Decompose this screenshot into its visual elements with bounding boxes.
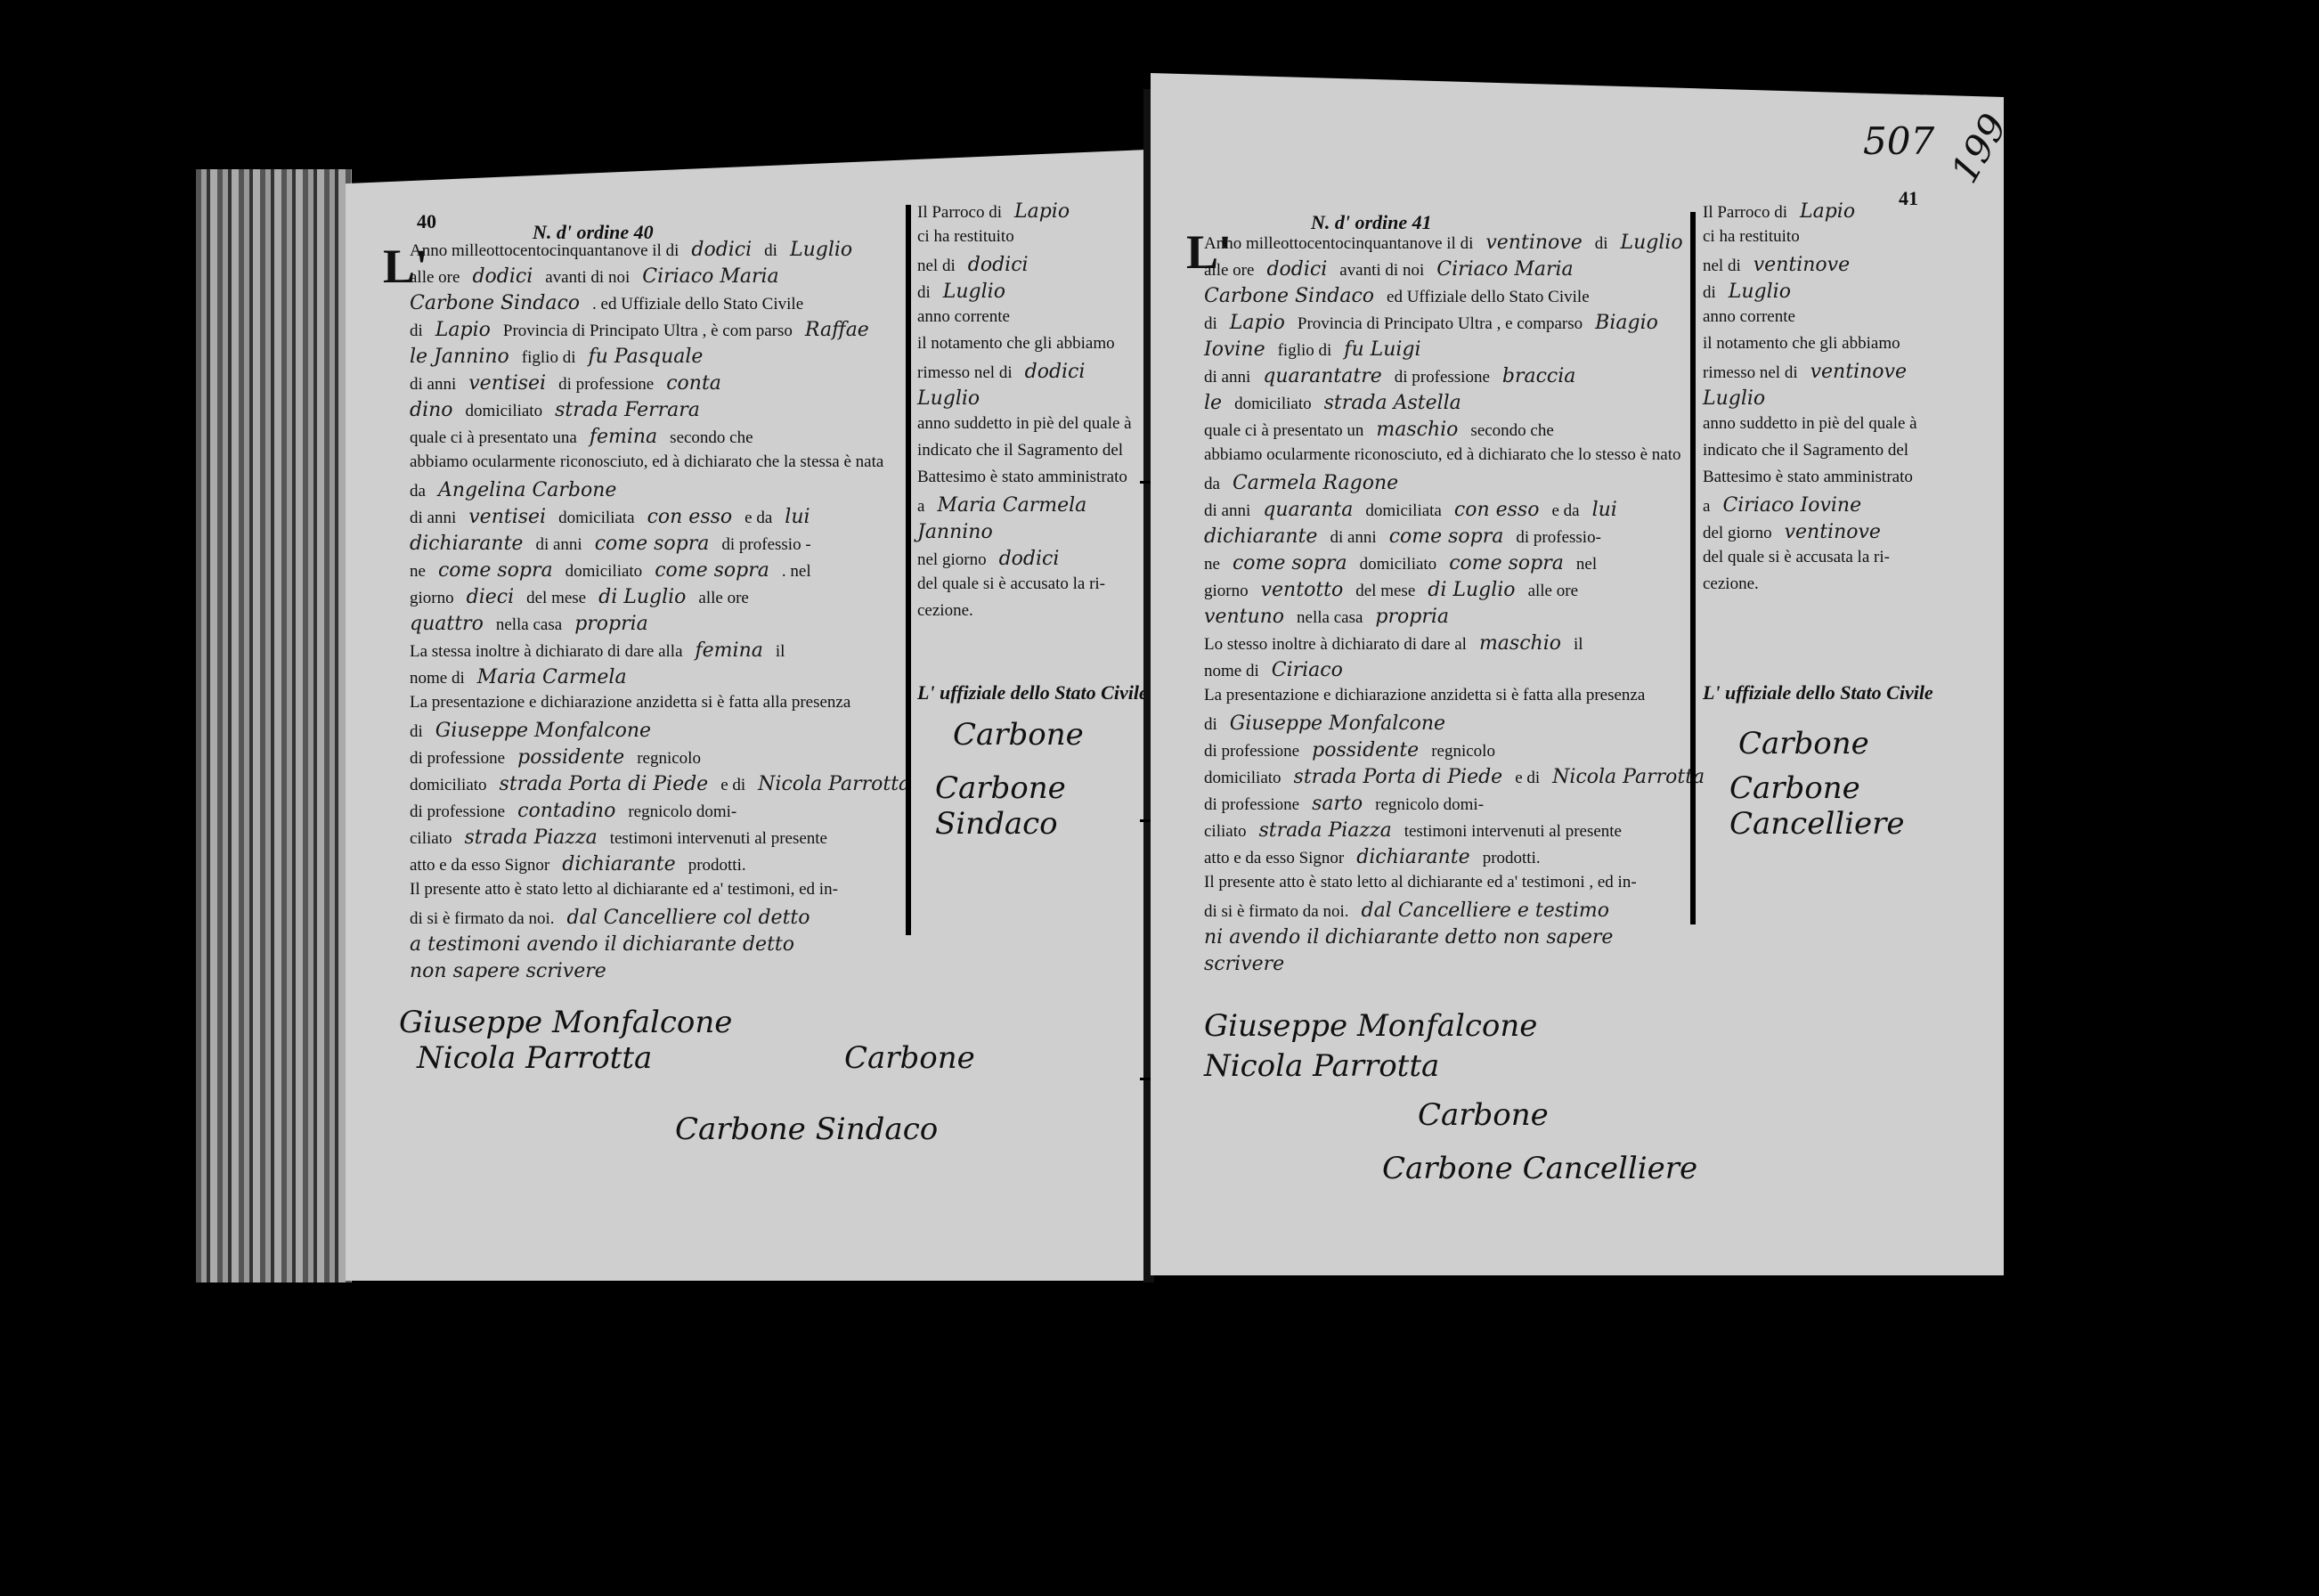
record-line: La stessa inoltre à dichiarato di dare a… xyxy=(410,639,797,662)
printed-text: indicato che il Sagramento del xyxy=(1703,441,1908,460)
printed-text: di xyxy=(1703,283,1716,302)
handwritten-entry: Angelina Carbone xyxy=(438,479,617,501)
signature: Giuseppe Monfalcone xyxy=(399,1005,732,1040)
handwritten-entry: lui xyxy=(1592,499,1617,521)
record-line: Battesimo è stato amministrato xyxy=(917,468,1140,487)
right-page: N. d' ordine 41 41 L' 507 199 Anno mille… xyxy=(1151,73,2004,1275)
printed-text: del mese xyxy=(526,589,586,607)
printed-text: abbiamo ocularmente riconosciuto, ed à d… xyxy=(1204,445,1681,464)
printed-text: giorno xyxy=(410,589,454,607)
handwritten-entry: lui xyxy=(785,506,810,528)
printed-text: domiciliata xyxy=(558,509,634,527)
printed-text: il notamento che gli abbiamo xyxy=(1703,334,1900,353)
handwritten-entry: Giuseppe Monfalcone xyxy=(1230,712,1445,735)
page-number: 41 xyxy=(1899,187,1918,210)
record-line: giornodiecidel mesedi Luglioalle ore xyxy=(410,586,761,608)
handwritten-entry: strada Astella xyxy=(1324,392,1461,414)
printed-text: figlio di xyxy=(1278,341,1332,360)
handwritten-entry: Carbone Sindaco xyxy=(410,292,580,314)
handwritten-entry: dodici xyxy=(691,239,752,261)
printed-text: figlio di xyxy=(522,348,576,367)
record-line: rimesso nel diventinove xyxy=(1703,361,1919,383)
handwritten-entry: Jannino xyxy=(917,521,993,543)
handwritten-entry: dodici xyxy=(1266,258,1327,281)
printed-text: di anni xyxy=(410,509,456,527)
handwritten-entry: braccia xyxy=(1502,365,1576,387)
book-page-edges xyxy=(196,169,352,1282)
printed-text: di professione xyxy=(410,802,505,821)
record-line: necome sopradomiciliatocome sopra. nel xyxy=(410,559,824,582)
printed-text: domiciliata xyxy=(1365,501,1441,520)
handwritten-entry: quarantatre xyxy=(1263,365,1382,387)
record-line: nome diMaria Carmela xyxy=(410,666,639,688)
printed-text: . ed Uffiziale dello Stato Civile xyxy=(592,295,803,313)
handwritten-entry: Maria Carmela xyxy=(477,666,627,688)
printed-text: nel xyxy=(1576,555,1597,574)
handwritten-entry: Maria Carmela xyxy=(937,494,1086,517)
handwritten-entry: Raffae xyxy=(805,319,869,341)
handwritten-entry: fu Luigi xyxy=(1344,338,1420,361)
record-line: il notamento che gli abbiamo xyxy=(1703,334,1913,354)
printed-text: avanti di noi xyxy=(1339,261,1424,280)
handwritten-entry: scrivere xyxy=(1204,953,1284,975)
printed-text: di xyxy=(1204,715,1217,734)
printed-text: di anni xyxy=(1204,368,1250,387)
record-line: nel diventinove xyxy=(1703,254,1862,276)
record-line: Anno milleottocentocinquantanove il dido… xyxy=(410,239,865,261)
printed-text: rimesso nel di xyxy=(917,363,1013,382)
printed-text: e da xyxy=(1551,501,1579,520)
record-line: Iovinefiglio difu Luigi xyxy=(1204,338,1434,361)
record-line: Luglio xyxy=(1703,387,1778,410)
record-line: Il Parroco diLapio xyxy=(1703,200,1867,223)
handwritten-entry: dodici xyxy=(999,548,1060,570)
printed-text: da xyxy=(410,482,426,501)
printed-text: Battesimo è stato amministrato xyxy=(1703,468,1913,486)
record-line: non sapere scrivere xyxy=(410,960,619,982)
record-line: ventunonella casapropria xyxy=(1204,606,1461,628)
record-line: ni avendo il dichiarante detto non saper… xyxy=(1204,926,1625,949)
printed-text: nel di xyxy=(1703,256,1741,275)
left-page: 40 N. d' ordine 40 L' Anno milleottocent… xyxy=(346,150,1147,1281)
printed-text: alle ore xyxy=(410,268,460,287)
printed-text: ci ha restituito xyxy=(1703,227,1800,246)
handwritten-entry: Luglio xyxy=(790,239,852,261)
handwritten-entry: Ciriaco xyxy=(1272,659,1343,681)
handwritten-entry: Luglio xyxy=(1729,281,1791,303)
printed-text: di professione xyxy=(1204,742,1299,761)
record-line: di si è firmato da noi.dal Cancelliere c… xyxy=(410,907,823,929)
handwritten-entry: dodici xyxy=(472,265,533,288)
printed-text: e di xyxy=(1515,769,1540,787)
handwritten-entry: dichiarante xyxy=(410,533,523,555)
printed-text: La stessa inoltre à dichiarato di dare a… xyxy=(410,642,683,661)
handwritten-entry: maschio xyxy=(1479,632,1561,655)
handwritten-entry: come sopra xyxy=(1389,525,1504,548)
record-line: nel giornododici xyxy=(917,548,1071,570)
record-line: il notamento che gli abbiamo xyxy=(917,334,1127,354)
printed-text: di xyxy=(410,722,423,741)
printed-text: di anni xyxy=(1330,528,1376,547)
record-line: scrivere xyxy=(1204,953,1297,975)
record-line: nel didodici xyxy=(917,254,1041,276)
record-line: Il presente atto è stato letto al dichia… xyxy=(410,880,850,900)
printed-text: anno suddetto in piè del quale à xyxy=(917,414,1132,433)
printed-text: di anni xyxy=(1204,501,1250,520)
printed-text: di xyxy=(410,322,423,340)
handwritten-entry: Biagio xyxy=(1595,312,1658,334)
handwritten-entry: possidente xyxy=(517,746,624,769)
printed-text: La presentazione e dichiarazione anzidet… xyxy=(410,693,850,712)
record-line: Lo stesso inoltre à dichiarato di dare a… xyxy=(1204,632,1596,655)
handwritten-entry: Carbone Sindaco xyxy=(1204,285,1374,307)
printed-text: testimoni intervenuti al presente xyxy=(1404,822,1622,841)
printed-text: Il presente atto è stato letto al dichia… xyxy=(1204,873,1637,892)
printed-text: anno corrente xyxy=(917,307,1010,326)
margin-rule xyxy=(1690,212,1696,924)
handwritten-entry: Giuseppe Monfalcone xyxy=(435,720,651,742)
printed-text: prodotti. xyxy=(688,856,746,875)
signature: Carbone xyxy=(953,717,1084,753)
record-line: Luglio xyxy=(917,387,992,410)
record-line: Anno milleottocentocinquantanove il dive… xyxy=(1204,232,1696,254)
printed-text: ci ha restituito xyxy=(917,227,1014,246)
printed-text: Anno milleottocentocinquantanove il di xyxy=(410,241,679,260)
printed-text: anno corrente xyxy=(1703,307,1795,326)
printed-text: a xyxy=(917,497,924,516)
officer-label: L' uffiziale dello Stato Civile xyxy=(1703,681,1933,704)
handwritten-entry: dieci xyxy=(467,586,515,608)
record-line: daCarmela Ragone xyxy=(1204,472,1411,494)
handwritten-entry: Lapio xyxy=(1230,312,1285,334)
record-line: del quale si è accusato la ri- xyxy=(917,574,1118,594)
record-line: alle oredodiciavanti di noiCiriaco Maria xyxy=(1204,258,1586,281)
record-line: dichiarantedi annicome sopradi professio… xyxy=(1204,525,1614,548)
printed-text: del giorno xyxy=(1703,524,1772,542)
record-line: ledomiciliatostrada Astella xyxy=(1204,392,1474,414)
signature: Carbone xyxy=(1418,1097,1549,1133)
record-line: ciliatostrada Piazzatestimoni intervenut… xyxy=(1204,819,1634,842)
folio-mark: 507 xyxy=(1863,119,1934,163)
printed-text: Il presente atto è stato letto al dichia… xyxy=(410,880,838,899)
printed-text: Il Parroco di xyxy=(1703,203,1787,222)
printed-text: quale ci à presentato un xyxy=(1204,421,1363,440)
handwritten-entry: ventinove xyxy=(1810,361,1907,383)
printed-text: indicato che il Sagramento del xyxy=(917,441,1123,460)
printed-text: nel giorno xyxy=(917,550,987,569)
handwritten-entry: Ciriaco Maria xyxy=(642,265,778,288)
record-line: indicato che il Sagramento del xyxy=(917,441,1135,460)
handwritten-entry: con esso xyxy=(647,506,733,528)
record-line: abbiamo ocularmente riconosciuto, ed à d… xyxy=(1204,445,1694,465)
printed-text: il xyxy=(1574,635,1583,654)
record-line: le Janninofiglio difu Pasquale xyxy=(410,346,715,368)
printed-text: secondo che xyxy=(670,428,753,447)
record-line: Il presente atto è stato letto al dichia… xyxy=(1204,873,1649,892)
record-line: Jannino xyxy=(917,521,1005,543)
printed-text: Lo stesso inoltre à dichiarato di dare a… xyxy=(1204,635,1467,654)
printed-text: il xyxy=(776,642,785,661)
handwritten-entry: sarto xyxy=(1312,793,1363,815)
handwritten-entry: quattro xyxy=(410,613,484,635)
record-line: diLuglio xyxy=(917,281,1018,303)
printed-text: di professione xyxy=(1204,795,1299,814)
printed-text: da xyxy=(1204,475,1220,493)
record-line: nome diCiriaco xyxy=(1204,659,1355,681)
handwritten-entry: dichiarante xyxy=(1356,846,1469,868)
handwritten-entry: a testimoni avendo il dichiarante detto xyxy=(410,933,794,956)
printed-text: di xyxy=(1204,314,1217,333)
handwritten-entry: dodici xyxy=(1025,361,1086,383)
handwritten-entry: ventisei xyxy=(468,506,546,528)
record-line: anno suddetto in piè del quale à xyxy=(917,414,1144,434)
printed-text: del mese xyxy=(1355,582,1415,600)
handwritten-entry: con esso xyxy=(1454,499,1540,521)
printed-text: di professione xyxy=(410,749,505,768)
handwritten-entry: fu Pasquale xyxy=(588,346,703,368)
printed-text: regnicolo xyxy=(1431,742,1495,761)
record-line: aMaria Carmela xyxy=(917,494,1099,517)
printed-text: e da xyxy=(745,509,772,527)
handwritten-entry: Lapio xyxy=(1014,200,1070,223)
record-line: indicato che il Sagramento del xyxy=(1703,441,1921,460)
record-line: di professionesartoregnicolo domi- xyxy=(1204,793,1496,815)
printed-text: ne xyxy=(410,562,426,581)
record-line: Il Parroco diLapio xyxy=(917,200,1082,223)
printed-text: del quale si è accusata la ri- xyxy=(1703,548,1890,566)
printed-text: nel di xyxy=(917,256,956,275)
handwritten-entry: ventisei xyxy=(468,372,546,395)
printed-text: alle ore xyxy=(698,589,748,607)
handwritten-entry: ventinove xyxy=(1485,232,1582,254)
page-number: 40 xyxy=(417,210,436,233)
handwritten-entry: Ciriaco Iovine xyxy=(1722,494,1861,517)
printed-text: nome di xyxy=(1204,662,1259,680)
record-line: di professionepossidenteregnicolo xyxy=(1204,739,1508,761)
officer-label: L' uffiziale dello Stato Civile xyxy=(917,681,1148,704)
handwritten-entry: Luglio xyxy=(943,281,1005,303)
printed-text: domiciliato xyxy=(1360,555,1437,574)
handwritten-entry: Lapio xyxy=(435,319,491,341)
record-line: diLapioProvincia di Principato Ultra , e… xyxy=(1204,312,1671,334)
printed-text: di anni xyxy=(535,535,582,554)
handwritten-entry: di Luglio xyxy=(598,586,686,608)
printed-text: domiciliato xyxy=(1234,395,1312,413)
printed-text: di professio - xyxy=(721,535,810,554)
printed-text: Anno milleottocentocinquantanove il di xyxy=(1204,234,1473,253)
printed-text: nella casa xyxy=(496,615,562,634)
record-line: del giornoventinove xyxy=(1703,521,1893,543)
handwritten-entry: strada Porta di Piede xyxy=(1294,766,1503,788)
printed-text: del quale si è accusato la ri- xyxy=(917,574,1105,593)
handwritten-entry: Luglio xyxy=(1621,232,1683,254)
printed-text: La presentazione e dichiarazione anzidet… xyxy=(1204,686,1645,704)
printed-text: e di xyxy=(720,776,745,794)
printed-text: giorno xyxy=(1204,582,1249,600)
record-line: diLapioProvincia di Principato Ultra , è… xyxy=(410,319,882,341)
record-line: La presentazione e dichiarazione anzidet… xyxy=(1204,686,1657,705)
record-line: daAngelina Carbone xyxy=(410,479,629,501)
signature: Carbone xyxy=(844,1040,975,1076)
handwritten-entry: di Luglio xyxy=(1428,579,1515,601)
handwritten-entry: Nicola Parrotta xyxy=(1552,766,1705,788)
printed-text: ciliato xyxy=(410,829,452,848)
record-line: di professionepossidenteregnicolo xyxy=(410,746,713,769)
record-line: quale ci à presentato unafeminasecondo c… xyxy=(410,426,766,448)
handwritten-entry: Lapio xyxy=(1800,200,1855,223)
printed-text: Provincia di Principato Ultra , e compar… xyxy=(1298,314,1583,333)
record-line: aCiriaco Iovine xyxy=(1703,494,1874,517)
record-line: giornoventottodel mesedi Luglioalle ore xyxy=(1204,579,1591,601)
record-line: anno corrente xyxy=(1703,307,1808,327)
record-line: cezione. xyxy=(917,601,986,621)
printed-text: alle ore xyxy=(1204,261,1254,280)
handwritten-entry: Nicola Parrotta xyxy=(758,773,910,795)
record-line: quale ci à presentato unmaschiosecondo c… xyxy=(1204,419,1566,441)
record-line: di anniventiseidomiciliatacon essoe dalu… xyxy=(410,506,823,528)
printed-text: regnicolo xyxy=(637,749,701,768)
record-line: atto e da esso Signordichiaranteprodotti… xyxy=(410,853,759,875)
printed-text: alle ore xyxy=(1528,582,1578,600)
handwritten-entry: quaranta xyxy=(1263,499,1353,521)
handwritten-entry: femina xyxy=(696,639,763,662)
record-line: abbiamo ocularmente riconosciuto, ed à d… xyxy=(410,452,896,472)
printed-text: di si è firmato da noi. xyxy=(410,909,555,928)
handwritten-entry: contadino xyxy=(517,800,615,822)
record-line: dichiarantedi annicome sopradi professio… xyxy=(410,533,824,555)
handwritten-entry: ventuno xyxy=(1204,606,1284,628)
printed-text: di professione xyxy=(1395,368,1490,387)
handwritten-entry: dichiarante xyxy=(1204,525,1317,548)
handwritten-entry: non sapere scrivere xyxy=(410,960,606,982)
handwritten-entry: dino xyxy=(410,399,453,421)
signature: Nicola Parrotta xyxy=(1204,1048,1439,1084)
printed-text: . nel xyxy=(782,562,811,581)
printed-text: anno suddetto in piè del quale à xyxy=(1703,414,1917,433)
record-line: Carbone Sindaco. ed Uffiziale dello Stat… xyxy=(410,292,816,314)
record-line: ci ha restituito xyxy=(917,227,1027,247)
record-line: di anniquarantadomiciliatacon essoe dalu… xyxy=(1204,499,1630,521)
printed-text: nome di xyxy=(410,669,465,688)
printed-text: atto e da esso Signor xyxy=(410,856,549,875)
handwritten-entry: possidente xyxy=(1312,739,1419,761)
record-line: dinodomiciliatostrada Ferrara xyxy=(410,399,712,421)
printed-text: secondo che xyxy=(1470,421,1553,440)
margin-rule xyxy=(906,205,911,935)
signature: Carbone Cancelliere xyxy=(1729,770,1904,842)
printed-text: domiciliato xyxy=(1204,769,1282,787)
handwritten-entry: strada Piazza xyxy=(464,826,597,849)
handwritten-entry: come sopra xyxy=(1449,552,1564,574)
printed-text: domiciliato xyxy=(466,402,543,420)
handwritten-entry: ventotto xyxy=(1261,579,1344,601)
handwritten-entry: come sopra xyxy=(655,559,769,582)
printed-text: abbiamo ocularmente riconosciuto, ed à d… xyxy=(410,452,883,471)
signature: Giuseppe Monfalcone xyxy=(1204,1008,1537,1044)
handwritten-entry: dodici xyxy=(968,254,1029,276)
printed-text: di si è firmato da noi. xyxy=(1204,902,1349,921)
handwritten-entry: strada Piazza xyxy=(1258,819,1391,842)
handwritten-entry: dal Cancelliere e testimo xyxy=(1362,900,1610,922)
printed-text: Provincia di Principato Ultra , è com pa… xyxy=(503,322,793,340)
printed-text: di xyxy=(764,241,777,260)
printed-text: quale ci à presentato una xyxy=(410,428,577,447)
printed-text: domiciliato xyxy=(566,562,643,581)
handwritten-entry: conta xyxy=(666,372,721,395)
printed-text: di xyxy=(1595,234,1608,253)
signature: Carbone Sindaco xyxy=(935,770,1066,842)
printed-text: cezione. xyxy=(917,601,973,620)
record-line: del quale si è accusata la ri- xyxy=(1703,548,1902,567)
record-line: ci ha restituito xyxy=(1703,227,1812,247)
record-line: di anniquarantatredi professionebraccia xyxy=(1204,365,1588,387)
record-line: diLuglio xyxy=(1703,281,1803,303)
record-line: di anniventiseidi professioneconta xyxy=(410,372,734,395)
record-line: di professionecontadinoregnicolo domi- xyxy=(410,800,749,822)
printed-text: atto e da esso Signor xyxy=(1204,849,1344,867)
handwritten-entry: come sopra xyxy=(438,559,553,582)
handwritten-entry: le Jannino xyxy=(410,346,509,368)
record-line: necome sopradomiciliatocome sopranel xyxy=(1204,552,1609,574)
folio-mark-2: 199 xyxy=(1942,107,2016,191)
handwritten-entry: Luglio xyxy=(917,387,980,410)
record-line: anno corrente xyxy=(917,307,1022,327)
printed-text: regnicolo domi- xyxy=(1375,795,1484,814)
handwritten-entry: Iovine xyxy=(1204,338,1265,361)
handwritten-entry: maschio xyxy=(1376,419,1458,441)
printed-text: ne xyxy=(1204,555,1220,574)
printed-text: di professione xyxy=(558,375,654,394)
printed-text: avanti di noi xyxy=(545,268,630,287)
handwritten-entry: propria xyxy=(1375,606,1449,628)
printed-text: domiciliato xyxy=(410,776,487,794)
signature: Carbone Cancelliere xyxy=(1382,1151,1697,1186)
handwritten-entry: ni avendo il dichiarante detto non saper… xyxy=(1204,926,1613,949)
handwritten-entry: dichiarante xyxy=(562,853,675,875)
handwritten-entry: femina xyxy=(590,426,657,448)
record-line: Carbone Sindacoed Uffiziale dello Stato … xyxy=(1204,285,1602,307)
printed-text: di xyxy=(917,283,931,302)
handwritten-entry: propria xyxy=(574,613,648,635)
record-line: ciliatostrada Piazzatestimoni intervenut… xyxy=(410,826,840,849)
record-line: rimesso nel didodici xyxy=(917,361,1097,383)
record-line: anno suddetto in piè del quale à xyxy=(1703,414,1930,434)
printed-text: cezione. xyxy=(1703,574,1759,593)
record-line: di si è firmato da noi.dal Cancelliere e… xyxy=(1204,900,1622,922)
record-line: domiciliatostrada Porta di Piedee diNico… xyxy=(410,773,923,795)
printed-text: nella casa xyxy=(1297,608,1363,627)
handwritten-entry: come sopra xyxy=(595,533,710,555)
handwritten-entry: ventinove xyxy=(1753,254,1850,276)
record-line: atto e da esso Signordichiaranteprodotti… xyxy=(1204,846,1553,868)
handwritten-entry: Carmela Ragone xyxy=(1233,472,1398,494)
handwritten-entry: dal Cancelliere col detto xyxy=(567,907,810,929)
printed-text: testimoni intervenuti al presente xyxy=(610,829,827,848)
record-line: diGiuseppe Monfalcone xyxy=(1204,712,1458,735)
record-line: quattronella casapropria xyxy=(410,613,661,635)
record-line: domiciliatostrada Porta di Piedee diNico… xyxy=(1204,766,1717,788)
printed-text: rimesso nel di xyxy=(1703,363,1798,382)
printed-text: regnicolo domi- xyxy=(628,802,736,821)
record-line: diGiuseppe Monfalcone xyxy=(410,720,663,742)
printed-text: ed Uffiziale dello Stato Civile xyxy=(1387,288,1590,306)
printed-text: di professio- xyxy=(1516,528,1601,547)
record-line: Battesimo è stato amministrato xyxy=(1703,468,1925,487)
printed-text: di anni xyxy=(410,375,456,394)
printed-text: Battesimo è stato amministrato xyxy=(917,468,1127,486)
handwritten-entry: Ciriaco Maria xyxy=(1436,258,1573,281)
signature: Carbone xyxy=(1738,726,1869,761)
